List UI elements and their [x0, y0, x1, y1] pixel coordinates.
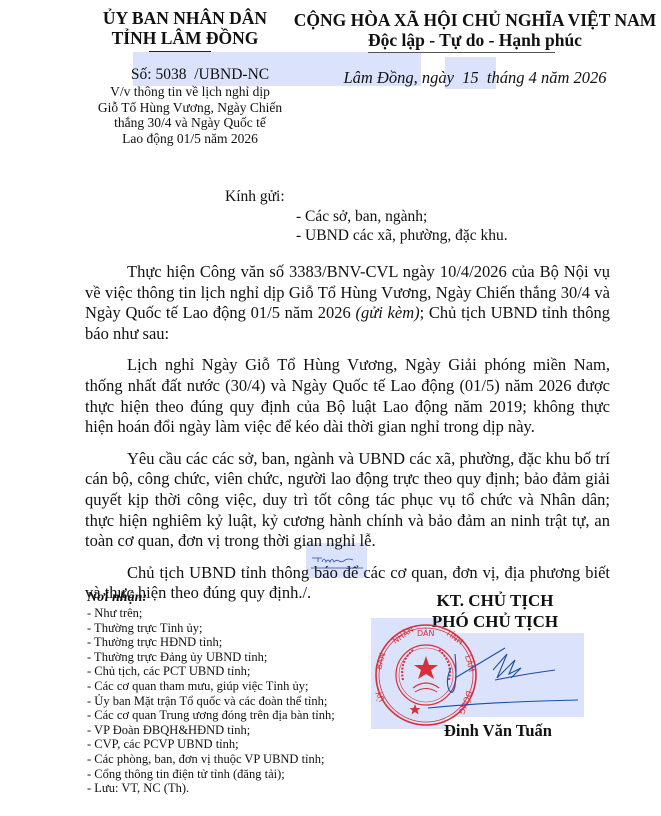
doc-number-value: 5038	[155, 66, 186, 83]
distribution-item: - Các cơ quan tham mưu, giúp việc Tỉnh ủ…	[87, 679, 335, 694]
distribution-item: - Lưu: VT, NC (Th).	[87, 781, 335, 796]
distribution-item: - Ủy ban Mặt trận Tổ quốc và các đoàn th…	[87, 694, 335, 709]
distribution-item: - Thường trực HĐND tỉnh;	[87, 635, 335, 650]
doc-code: /UBND-NC	[194, 66, 269, 83]
distribution-item: - Thường trực Tỉnh ủy;	[87, 621, 335, 636]
subject-line: Lao động 01/5 năm 2026	[60, 131, 320, 147]
distribution-item: - Chủ tịch, các PCT UBND tỉnh;	[87, 664, 335, 679]
svg-text:BAN: BAN	[374, 652, 387, 671]
org-line-2: TỈNH LÂM ĐỒNG	[70, 28, 300, 48]
distribution-item: - Cổng thông tin điện tử tỉnh (đăng tải)…	[87, 767, 335, 782]
date-day: 15	[462, 68, 479, 87]
distribution-item: - Thường trực Đảng ủy UBND tỉnh;	[87, 650, 335, 665]
recipient-item: - UBND các xã, phường, đặc khu.	[296, 226, 508, 245]
date-month-year: tháng 4 năm 2026	[487, 68, 607, 87]
distribution-title: Nơi nhận:	[87, 590, 147, 606]
place-date: Lâm Đồng, ngày 15 tháng 4 năm 2026	[290, 68, 660, 88]
recipient-item: - Các sở, ban, ngành;	[296, 207, 508, 226]
motto: Độc lập - Tự do - Hạnh phúc	[290, 30, 660, 50]
paragraph-2: Lịch nghỉ Ngày Giỗ Tổ Hùng Vương, Ngày G…	[85, 355, 610, 437]
doc-number: Số: 5038 /UBND-NC	[80, 66, 320, 83]
svg-text:LÂM: LÂM	[463, 654, 478, 673]
svg-text:DÂN: DÂN	[417, 627, 434, 638]
signer-name: Đinh Văn Tuấn	[444, 721, 552, 741]
recipients-list: - Các sở, ban, ngành; - UBND các xã, phư…	[296, 207, 508, 245]
distribution-item: - VP Đoàn ĐBQH&HĐND tỉnh;	[87, 723, 335, 738]
distribution-item: - Như trên;	[87, 606, 335, 621]
signature-title-line-1: KT. CHỦ TỊCH	[400, 590, 590, 611]
subject-line: Giỗ Tổ Hùng Vương, Ngày Chiến	[60, 100, 320, 116]
distribution-item: - Các cơ quan Trung ương đóng trên địa b…	[87, 708, 335, 723]
recipients-label: Kính gửi:	[225, 188, 285, 206]
place-prefix: Lâm Đồng, ngày	[343, 68, 453, 87]
subject-line: V/v thông tin về lịch nghỉ dịp	[60, 84, 320, 100]
svg-text:ỦY: ỦY	[373, 689, 387, 703]
distribution-item: - Các phòng, ban, đơn vị thuộc VP UBND t…	[87, 752, 335, 767]
paragraph-1: Thực hiện Công văn số 3383/BNV-CVL ngày …	[85, 262, 610, 344]
svg-text:ĐỒNG: ĐỒNG	[457, 689, 477, 716]
nation-name: CỘNG HÒA XÃ HỘI CHỦ NGHĨA VIỆT NAM	[290, 10, 660, 30]
distribution-item: - CVP, các PCVP UBND tỉnh;	[87, 737, 335, 752]
national-heading: CỘNG HÒA XÃ HỘI CHỦ NGHĨA VIỆT NAM Độc l…	[290, 10, 660, 50]
initial-mark-icon	[308, 548, 366, 574]
org-line-1: ỦY BAN NHÂN DÂN	[70, 8, 300, 28]
distribution-list: - Như trên; - Thường trực Tỉnh ủy; - Thư…	[87, 606, 335, 796]
subject-line: thắng 30/4 và Ngày Quốc tế	[60, 115, 320, 131]
doc-number-label: Số:	[131, 66, 152, 83]
official-seal-icon: DÂN NHÂN BAN ỦY TỈNH LÂM ĐỒNG	[373, 620, 583, 730]
doc-subject: V/v thông tin về lịch nghỉ dịp Giỗ Tổ Hù…	[60, 84, 320, 146]
issuing-organization: ỦY BAN NHÂN DÂN TỈNH LÂM ĐỒNG	[70, 8, 300, 48]
motto-underline	[368, 52, 555, 53]
paragraph-3: Yêu cầu các các sở, ban, ngành và UBND c…	[85, 449, 610, 552]
org-underline	[149, 51, 211, 52]
